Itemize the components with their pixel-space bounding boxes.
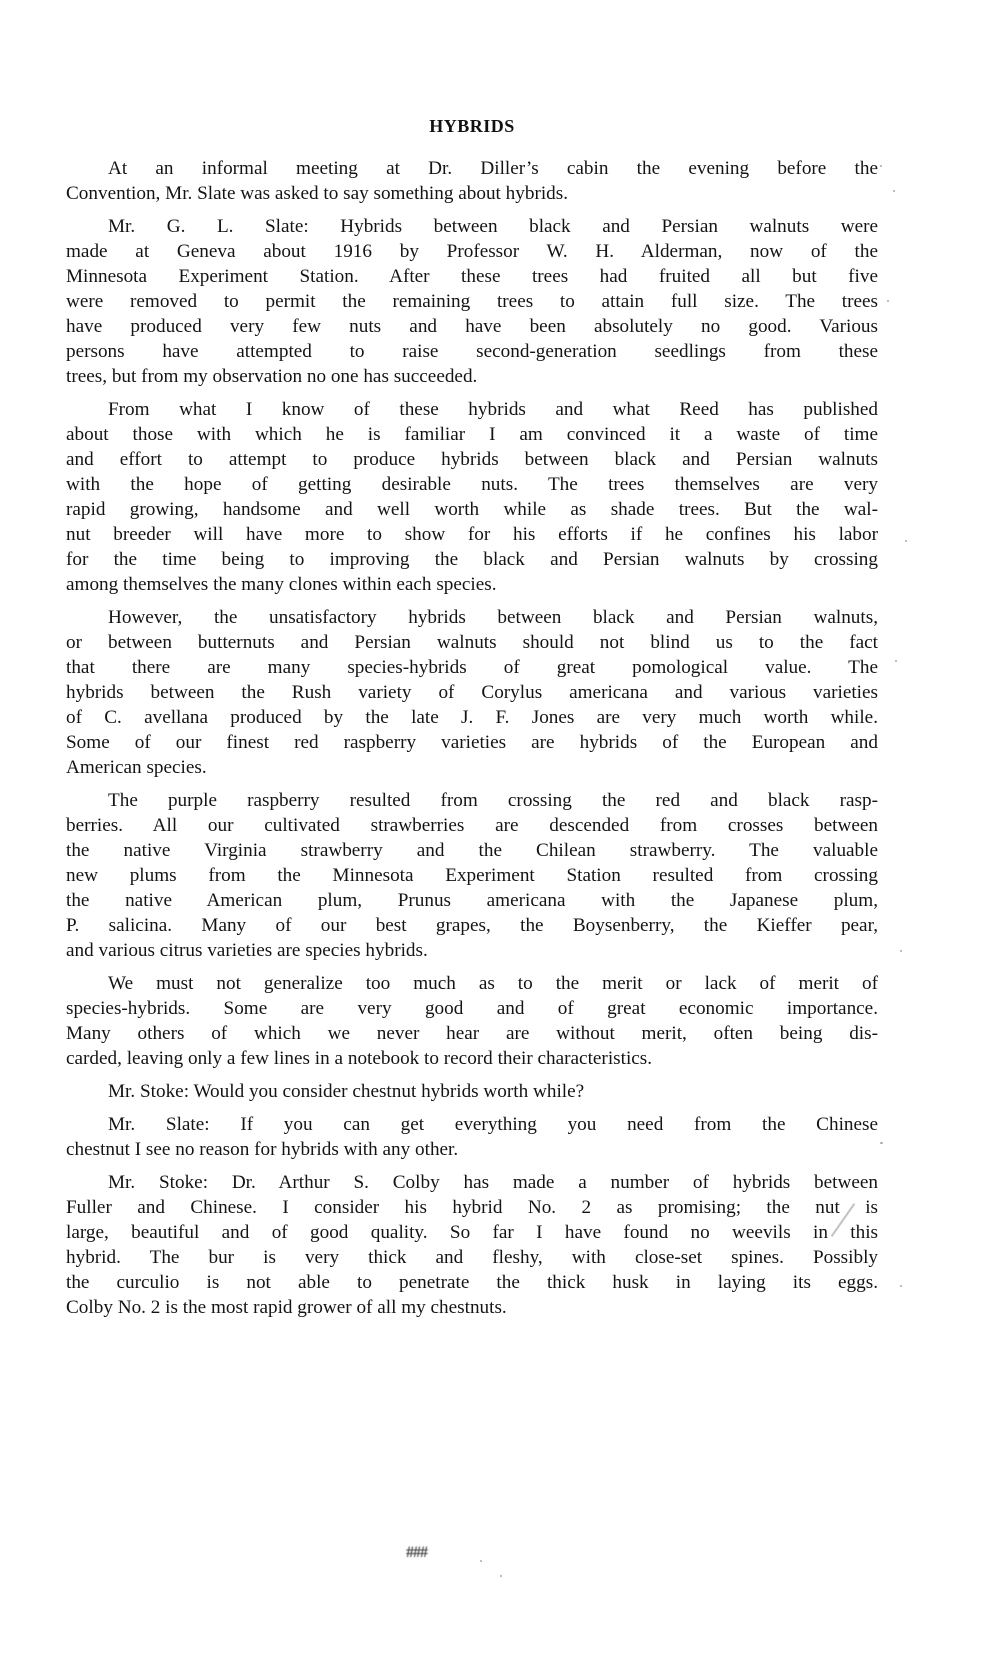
paragraph-however: However, the unsatisfactory hybrids betw… [66, 605, 878, 780]
scan-speck [880, 165, 882, 167]
text-line: However, the unsatisfactory hybrids betw… [66, 605, 878, 630]
document-body: At an informal meeting at Dr. Diller’s c… [66, 156, 878, 1328]
text-line: American species. [66, 755, 878, 780]
text-line: hybrids between the Rush variety of Cory… [66, 680, 878, 705]
scan-speck [480, 1560, 482, 1562]
text-line: Some of our finest red raspberry varieti… [66, 730, 878, 755]
text-line: At an informal meeting at Dr. Diller’s c… [66, 156, 878, 181]
text-line: We must not generalize too much as to th… [66, 971, 878, 996]
scan-speck [887, 300, 889, 302]
scan-speck [900, 1285, 902, 1287]
text-line: large, beautiful and of good quality. So… [66, 1220, 878, 1245]
text-line: Mr. Stoke: Would you consider chestnut h… [66, 1079, 878, 1104]
paragraph-slate-statement: Mr. G. L. Slate: Hybrids between black a… [66, 214, 878, 389]
text-line: nut breeder will have more to show for h… [66, 522, 878, 547]
scan-speck [905, 540, 907, 542]
scan-speck [895, 660, 897, 662]
text-line: that there are many species-hybrids of g… [66, 655, 878, 680]
text-line: berries. All our cultivated strawberries… [66, 813, 878, 838]
text-line: for the time being to improving the blac… [66, 547, 878, 572]
page-title: HYBRIDS [66, 116, 878, 137]
text-line: Mr. G. L. Slate: Hybrids between black a… [66, 214, 878, 239]
text-line: carded, leaving only a few lines in a no… [66, 1046, 878, 1071]
text-line: persons have attempted to raise second-g… [66, 339, 878, 364]
scan-speck [880, 1142, 883, 1144]
text-line: of C. avellana produced by the late J. F… [66, 705, 878, 730]
paragraph-slate-answer: Mr. Slate: If you can get everything you… [66, 1112, 878, 1162]
text-line: and effort to attempt to produce hybrids… [66, 447, 878, 472]
text-line: The purple raspberry resulted from cross… [66, 788, 878, 813]
paragraph-reed: From what I know of these hybrids and wh… [66, 397, 878, 597]
text-line: have produced very few nuts and have bee… [66, 314, 878, 339]
text-line: Convention, Mr. Slate was asked to say s… [66, 181, 878, 206]
paragraph-stoke-question: Mr. Stoke: Would you consider chestnut h… [66, 1079, 878, 1104]
text-line: the native American plum, Prunus america… [66, 888, 878, 913]
scan-speck [900, 950, 902, 952]
text-line: P. salicina. Many of our best grapes, th… [66, 913, 878, 938]
text-line: with the hope of getting desirable nuts.… [66, 472, 878, 497]
text-line: were removed to permit the remaining tre… [66, 289, 878, 314]
text-line: made at Geneva about 1916 by Professor W… [66, 239, 878, 264]
text-line: and various citrus varieties are species… [66, 938, 878, 963]
text-line: trees, but from my observation no one ha… [66, 364, 878, 389]
paragraph-generalize: We must not generalize too much as to th… [66, 971, 878, 1071]
text-line: Mr. Slate: If you can get everything you… [66, 1112, 878, 1137]
text-line: Colby No. 2 is the most rapid grower of … [66, 1295, 878, 1320]
paragraph-stoke-colby: Mr. Stoke: Dr. Arthur S. Colby has made … [66, 1170, 878, 1320]
text-line: the native Virginia strawberry and the C… [66, 838, 878, 863]
text-line: or between butternuts and Persian walnut… [66, 630, 878, 655]
text-line: Fuller and Chinese. I consider his hybri… [66, 1195, 878, 1220]
scan-speck [500, 1575, 502, 1577]
page-number: ### [406, 1544, 476, 1566]
text-line: among themselves the many clones within … [66, 572, 878, 597]
scan-speck [893, 190, 895, 192]
text-line: Minnesota Experiment Station. After thes… [66, 264, 878, 289]
text-line: hybrid. The bur is very thick and fleshy… [66, 1245, 878, 1270]
paragraph-raspberry: The purple raspberry resulted from cross… [66, 788, 878, 963]
paragraph-intro: At an informal meeting at Dr. Diller’s c… [66, 156, 878, 206]
text-line: rapid growing, handsome and well worth w… [66, 497, 878, 522]
text-line: about those with which he is familiar I … [66, 422, 878, 447]
text-line: Mr. Stoke: Dr. Arthur S. Colby has made … [66, 1170, 878, 1195]
text-line: chestnut I see no reason for hybrids wit… [66, 1137, 878, 1162]
text-line: From what I know of these hybrids and wh… [66, 397, 878, 422]
text-line: Many others of which we never hear are w… [66, 1021, 878, 1046]
text-line: species-hybrids. Some are very good and … [66, 996, 878, 1021]
text-line: new plums from the Minnesota Experiment … [66, 863, 878, 888]
text-line: the curculio is not able to penetrate th… [66, 1270, 878, 1295]
